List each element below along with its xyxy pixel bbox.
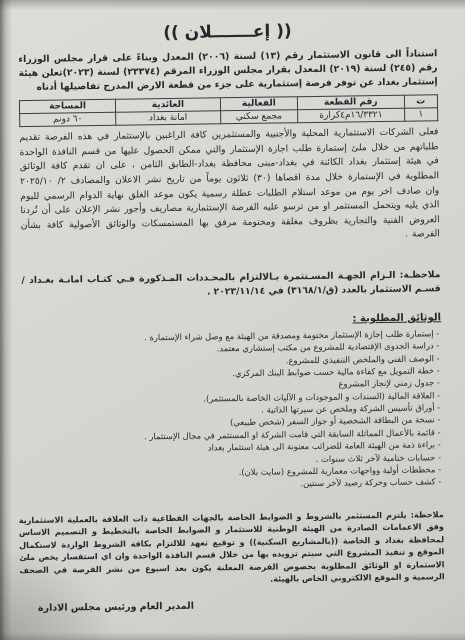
cell-area: ٦٠ دونم [20, 113, 116, 127]
scan-edge-top [0, 0, 465, 10]
header-seq: ت [404, 95, 438, 108]
cell-activity: مجمع سكني [220, 110, 298, 124]
body-paragraph: فعلى الشركات الاستثمارية المحلية والأجنب… [19, 126, 440, 248]
cell-seq: ١ [404, 108, 438, 121]
scanned-announcement-page: (( إعـــــــلان )) استناداً الى قانون ال… [0, 0, 465, 640]
scan-corner-shadow [0, 520, 150, 640]
header-activity: الفعالية [220, 97, 298, 111]
plots-table: ت رقم القطعة الفعالية العائدية المساحة ١… [19, 95, 438, 128]
cell-plot-number: ١٦/٣٣٢١م٤كرارة [298, 109, 405, 123]
header-area: المساحة [19, 100, 115, 114]
required-documents-heading: الوثائق المطلوبة : [22, 312, 441, 329]
required-documents-list: - إستمارة طلب إجازة الإستثمار مختومة ومص… [22, 327, 443, 493]
commitment-note: ملاحظـة: الـزام الجهـة المسـتثمرة بـالال… [21, 268, 440, 303]
cell-ownership: امانة بغداد [116, 111, 221, 125]
announcement-title: (( إعـــــــلان )) [18, 19, 437, 45]
intro-paragraph: استناداً الى قانون الاستثمار رقم (١٣) لس… [18, 47, 438, 95]
